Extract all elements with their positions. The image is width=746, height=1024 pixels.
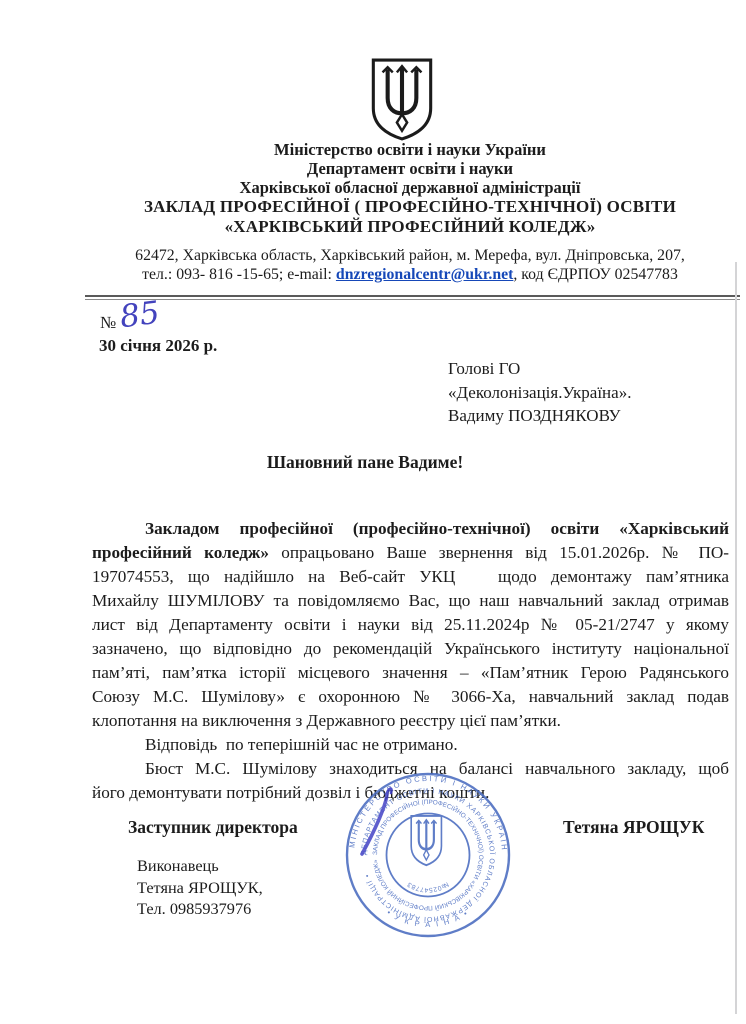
- body-bold-text: професійний коледж»: [92, 543, 269, 562]
- body-line: Відповідь по теперішній час не отримано.: [92, 733, 729, 757]
- org-name-line: «ХАРКІВСЬКИЙ ПРОФЕСІЙНИЙ КОЛЕДЖ»: [53, 217, 746, 237]
- body-line: професійний коледж» опрацьовано Ваше зве…: [92, 541, 729, 565]
- stamp-code: №02547783: [406, 880, 450, 893]
- body-line: пам’яті, пам’ятка історії місцевого знач…: [92, 661, 729, 685]
- scan-edge-line: [735, 262, 737, 1014]
- email-link[interactable]: dnzregionalcentr@ukr.net: [336, 266, 514, 283]
- recipient-line: «Деколонізація.Україна».: [448, 381, 631, 405]
- stamp-trident-icon: [411, 816, 441, 865]
- org-name-line: Харківської обласної державної адміністр…: [53, 178, 746, 197]
- header-divider: [85, 295, 740, 300]
- edrpou-text: , код ЄДРПОУ 02547783: [513, 266, 677, 283]
- body-line: зазначено, що відповідно до рекомендацій…: [92, 637, 729, 661]
- org-header: Міністерство освіти і науки України Депа…: [53, 140, 746, 237]
- salutation: Шановний пане Вадиме!: [15, 452, 715, 473]
- org-contacts: 62472, Харківська область, Харківський р…: [53, 246, 746, 284]
- executor-block: Виконавець Тетяна ЯРОЩУК, Тел. 098593797…: [137, 855, 263, 920]
- org-phone-email: тел.: 093- 816 -15-65; e-mail: dnzregion…: [53, 265, 746, 284]
- org-address: 62472, Харківська область, Харківський р…: [53, 246, 746, 265]
- recipient-line: Голові ГО: [448, 357, 631, 381]
- body-text: опрацьовано Ваше звернення від 15.01.202…: [269, 543, 729, 562]
- doc-number-handwritten: 85: [118, 295, 162, 336]
- recipient-line: Вадиму ПОЗДНЯКОВУ: [448, 404, 631, 428]
- body-line: Михайлу ШУМІЛОВУ та повідомляємо Вас, що…: [92, 589, 729, 613]
- executor-name: Тетяна ЯРОЩУК,: [137, 877, 263, 899]
- body-line: Закладом професійної (професійно-технічн…: [92, 517, 729, 541]
- signer-position: Заступник директора: [128, 817, 298, 838]
- body-line: 197074553, що надійшло на Веб-сайт УКЦ щ…: [92, 565, 729, 589]
- ukraine-trident-emblem: [368, 57, 436, 141]
- letter-page: Міністерство освіти і науки України Депа…: [0, 0, 746, 1024]
- org-name-line: ЗАКЛАД ПРОФЕСІЙНОЇ ( ПРОФЕСІЙНО-ТЕХНІЧНО…: [53, 197, 746, 217]
- org-name-line: Департамент освіти і науки: [53, 159, 746, 178]
- signer-name: Тетяна ЯРОЩУК: [563, 817, 704, 838]
- executor-phone: Тел. 0985937976: [137, 898, 263, 920]
- phone-text: тел.: 093- 816 -15-65; e-mail:: [142, 266, 336, 283]
- body-line: клопотання на виключення з Державного ре…: [92, 709, 729, 733]
- letter-body: Закладом професійної (професійно-технічн…: [92, 517, 729, 805]
- executor-label: Виконавець: [137, 855, 263, 877]
- doc-date: 30 січня 2026 р.: [99, 336, 217, 356]
- body-line: лист від Департаменту освіти і науки від…: [92, 613, 729, 637]
- official-stamp: МІНІСТЕРСТВО ОСВІТИ І НАУКИ УКРАЇНИ • У …: [341, 768, 515, 942]
- recipient-block: Голові ГО «Деколонізація.Україна». Вадим…: [448, 357, 631, 428]
- org-name-line: Міністерство освіти і науки України: [53, 140, 746, 159]
- body-line: Союзу М.С. Шумілову» є охоронною № 3066-…: [92, 685, 729, 709]
- doc-number-label: №: [100, 313, 116, 333]
